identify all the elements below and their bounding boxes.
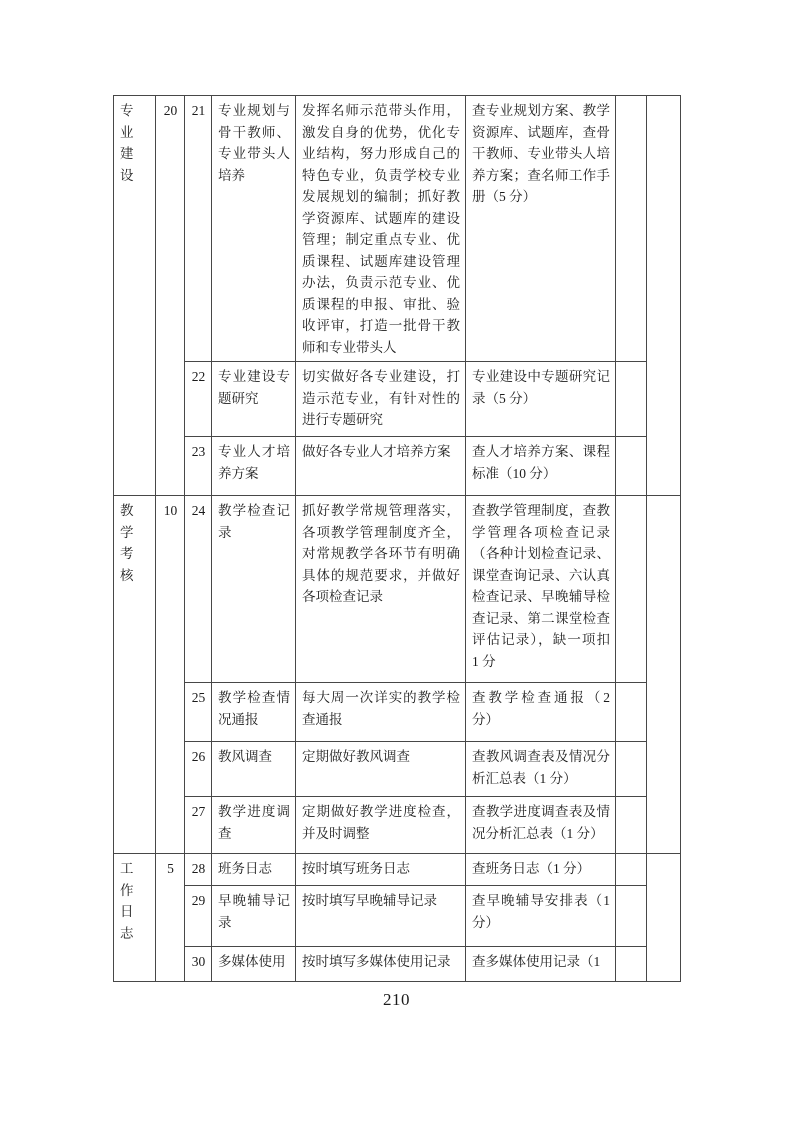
- table-row: 30 多媒体使用 按时填写多媒体使用记录 查多媒体使用记录（1: [114, 947, 681, 982]
- remarks-cell: [647, 854, 681, 982]
- section-category-cell: 教 学 考 核: [114, 496, 156, 854]
- row-number-cell: 21: [185, 96, 212, 362]
- item-name-cell: 早晚辅导记录: [212, 886, 296, 947]
- check-method-cell: 查教风调查表及情况分析汇总表（1 分）: [466, 742, 616, 797]
- score-cell: [616, 683, 647, 742]
- section-category-cell: 专 业 建 设: [114, 96, 156, 496]
- score-cell: [616, 496, 647, 683]
- row-number-cell: 24: [185, 496, 212, 683]
- requirement-cell: 发挥名师示范带头作用，激发自身的优势，优化专业结构，努力形成自己的特色专业，负责…: [296, 96, 466, 362]
- check-method-cell: 查教学管理制度，查教学管理各项检查记录（各种计划检查记录、课堂查询记录、六认真检…: [466, 496, 616, 683]
- requirement-cell: 定期做好教学进度检查，并及时调整: [296, 797, 466, 854]
- score-cell: [616, 854, 647, 886]
- check-method-cell: 查教学检查通报（2 分）: [466, 683, 616, 742]
- page-number: 210: [0, 990, 793, 1010]
- row-number-cell: 30: [185, 947, 212, 982]
- row-number-cell: 26: [185, 742, 212, 797]
- requirement-cell: 按时填写早晚辅导记录: [296, 886, 466, 947]
- section-weight-cell: 5: [156, 854, 185, 982]
- row-number-cell: 25: [185, 683, 212, 742]
- section-weight-cell: 10: [156, 496, 185, 854]
- row-number-cell: 28: [185, 854, 212, 886]
- table-row: 教 学 考 核 10 24 教学检查记录 抓好教学常规管理落实，各项教学管理制度…: [114, 496, 681, 683]
- section-category-cell: 工 作 日 志: [114, 854, 156, 982]
- item-name-cell: 多媒体使用: [212, 947, 296, 982]
- score-cell: [616, 362, 647, 437]
- evaluation-rubric-table: 专 业 建 设 20 21 专业规划与骨干教师、专业带头人培养 发挥名师示范带头…: [113, 95, 681, 982]
- score-cell: [616, 742, 647, 797]
- table-row: 26 教风调查 定期做好教风调查 查教风调查表及情况分析汇总表（1 分）: [114, 742, 681, 797]
- table-row: 专 业 建 设 20 21 专业规划与骨干教师、专业带头人培养 发挥名师示范带头…: [114, 96, 681, 362]
- item-name-cell: 班务日志: [212, 854, 296, 886]
- table-row: 工 作 日 志 5 28 班务日志 按时填写班务日志 查班务日志（1 分）: [114, 854, 681, 886]
- table-row: 25 教学检查情况通报 每大周一次详实的教学检查通报 查教学检查通报（2 分）: [114, 683, 681, 742]
- item-name-cell: 教风调查: [212, 742, 296, 797]
- item-name-cell: 教学检查情况通报: [212, 683, 296, 742]
- table-row: 23 专业人才培养方案 做好各专业人才培养方案 查人才培养方案、课程标准（10 …: [114, 437, 681, 496]
- score-cell: [616, 797, 647, 854]
- check-method-cell: 查人才培养方案、课程标准（10 分）: [466, 437, 616, 496]
- requirement-cell: 每大周一次详实的教学检查通报: [296, 683, 466, 742]
- table-row: 29 早晚辅导记录 按时填写早晚辅导记录 查早晚辅导安排表（1 分）: [114, 886, 681, 947]
- row-number-cell: 29: [185, 886, 212, 947]
- requirement-cell: 按时填写多媒体使用记录: [296, 947, 466, 982]
- document-page: 专 业 建 设 20 21 专业规划与骨干教师、专业带头人培养 发挥名师示范带头…: [0, 0, 793, 1122]
- check-method-cell: 查多媒体使用记录（1: [466, 947, 616, 982]
- row-number-cell: 27: [185, 797, 212, 854]
- item-name-cell: 专业人才培养方案: [212, 437, 296, 496]
- check-method-cell: 查教学进度调查表及情况分析汇总表（1 分）: [466, 797, 616, 854]
- table-row: 22 专业建设专题研究 切实做好各专业建设，打造示范专业，有针对性的进行专题研究…: [114, 362, 681, 437]
- table-row: 27 教学进度调查 定期做好教学进度检查，并及时调整 查教学进度调查表及情况分析…: [114, 797, 681, 854]
- check-method-cell: 专业建设中专题研究记录（5 分）: [466, 362, 616, 437]
- remarks-cell: [647, 496, 681, 854]
- requirement-cell: 做好各专业人才培养方案: [296, 437, 466, 496]
- item-name-cell: 教学检查记录: [212, 496, 296, 683]
- score-cell: [616, 947, 647, 982]
- requirement-cell: 定期做好教风调查: [296, 742, 466, 797]
- row-number-cell: 23: [185, 437, 212, 496]
- check-method-cell: 查专业规划方案、教学资源库、试题库，查骨干教师、专业带头人培养方案；查名师工作手…: [466, 96, 616, 362]
- check-method-cell: 查班务日志（1 分）: [466, 854, 616, 886]
- item-name-cell: 专业建设专题研究: [212, 362, 296, 437]
- score-cell: [616, 437, 647, 496]
- check-method-cell: 查早晚辅导安排表（1 分）: [466, 886, 616, 947]
- item-name-cell: 专业规划与骨干教师、专业带头人培养: [212, 96, 296, 362]
- score-cell: [616, 886, 647, 947]
- item-name-cell: 教学进度调查: [212, 797, 296, 854]
- section-weight-cell: 20: [156, 96, 185, 496]
- requirement-cell: 切实做好各专业建设，打造示范专业，有针对性的进行专题研究: [296, 362, 466, 437]
- score-cell: [616, 96, 647, 362]
- requirement-cell: 抓好教学常规管理落实，各项教学管理制度齐全，对常规教学各环节有明确具体的规范要求…: [296, 496, 466, 683]
- row-number-cell: 22: [185, 362, 212, 437]
- remarks-cell: [647, 96, 681, 496]
- requirement-cell: 按时填写班务日志: [296, 854, 466, 886]
